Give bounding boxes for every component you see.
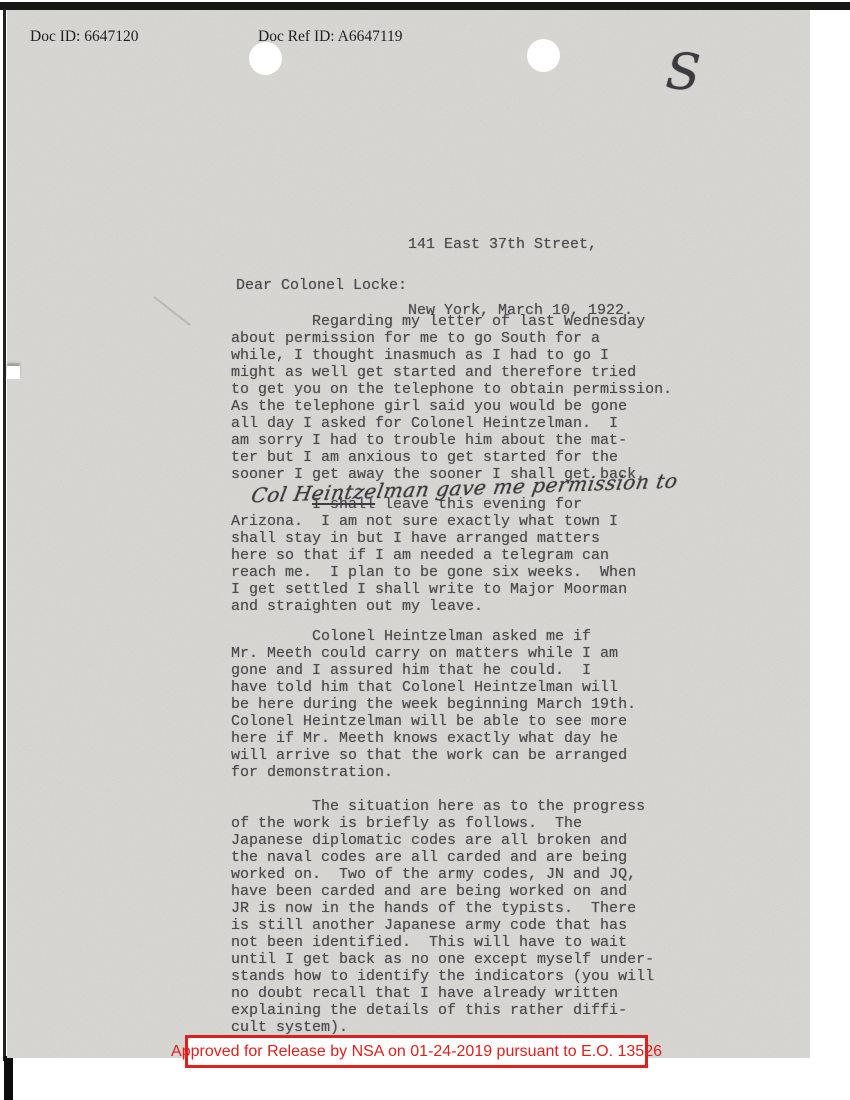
letter-line: Arizona. I am not sure exactly what town… <box>231 513 636 530</box>
letter-line: about permission for me to go South for … <box>231 330 672 347</box>
stamp-text: Approved for Release by NSA on 01-24-201… <box>171 1043 662 1061</box>
letter-line: here so that if I am needed a telegram c… <box>231 547 636 564</box>
letter-line: am sorry I had to trouble him about the … <box>231 432 672 449</box>
letter-line: be here during the week beginning March … <box>231 696 636 713</box>
letter-line: cult system). <box>231 1019 654 1036</box>
letter-line: the naval codes are all carded and are b… <box>231 849 654 866</box>
letter-line: not been identified. This will have to w… <box>231 934 654 951</box>
nsa-release-stamp: Approved for Release by NSA on 01-24-201… <box>185 1035 648 1068</box>
letter-salutation: Dear Colonel Locke: <box>236 277 407 294</box>
letter-line: explaining the details of this rather di… <box>231 1002 654 1019</box>
letter-line: gone and I assured him that he could. I <box>231 662 636 679</box>
punch-hole-right <box>527 39 560 72</box>
letter-paragraph-2: I shall leave this evening forArizona. I… <box>231 496 636 615</box>
doc-id-label: Doc ID: 6647120 <box>30 28 139 46</box>
letter-line: Colonel Heintzelman will be able to see … <box>231 713 636 730</box>
letter-line: will arrive so that the work can be arra… <box>231 747 636 764</box>
letter-line: have told him that Colonel Heintzelman w… <box>231 679 636 696</box>
letter-line: while, I thought inasmuch as I had to go… <box>231 347 672 364</box>
letter-line: ter but I am anxious to get started for … <box>231 449 672 466</box>
scan-edge-notch <box>7 366 20 379</box>
letter-line: The situation here as to the progress <box>231 798 654 815</box>
letter-line: of the work is briefly as follows. The <box>231 815 654 832</box>
letter-line: have been carded and are being worked on… <box>231 883 654 900</box>
letter-line: no doubt recall that I have already writ… <box>231 985 654 1002</box>
letter-line: Colonel Heintzelman asked me if <box>231 628 636 645</box>
document-page: Doc ID: 6647120 Doc Ref ID: A6647119 S 1… <box>7 10 810 1058</box>
letter-line: worked on. Two of the army codes, JN and… <box>231 866 654 883</box>
address-street-line: 141 East 37th Street, <box>408 234 633 256</box>
struck-text: I shall <box>312 496 375 513</box>
letter-line: is still another Japanese army code that… <box>231 917 654 934</box>
scan-left-border <box>3 9 6 1061</box>
letter-line: to get you on the telephone to obtain pe… <box>231 381 672 398</box>
letter-line: until I get back as no one except myself… <box>231 951 654 968</box>
letter-line: As the telephone girl said you would be … <box>231 398 672 415</box>
letter-line: all day I asked for Colonel Heintzelman.… <box>231 415 672 432</box>
letter-paragraph-4: The situation here as to the progressof … <box>231 798 654 1036</box>
letter-line: stands how to identify the indicators (y… <box>231 968 654 985</box>
letter-line: shall stay in but I have arranged matter… <box>231 530 636 547</box>
doc-ref-id-label: Doc Ref ID: A6647119 <box>258 28 403 46</box>
letter-line: I get settled I shall write to Major Moo… <box>231 581 636 598</box>
letter-line: Japanese diplomatic codes are all broken… <box>231 832 654 849</box>
handwritten-corner-mark: S <box>664 42 702 102</box>
letter-line: for demonstration. <box>231 764 636 781</box>
letter-paragraph-3: Colonel Heintzelman asked me ifMr. Meeth… <box>231 628 636 781</box>
letter-line: and straighten out my leave. <box>231 598 636 615</box>
letter-line: Mr. Meeth could carry on matters while I… <box>231 645 636 662</box>
scan-canvas: Doc ID: 6647120 Doc Ref ID: A6647119 S 1… <box>0 0 850 1100</box>
punch-hole-left <box>249 42 282 75</box>
letter-line: reach me. I plan to be gone six weeks. W… <box>231 564 636 581</box>
letter-line: JR is now in the hands of the typists. T… <box>231 900 654 917</box>
letter-paragraph-1: Regarding my letter of last Wednesdayabo… <box>231 313 672 483</box>
letter-line: Regarding my letter of last Wednesday <box>231 313 672 330</box>
letter-line: I shall leave this evening for <box>231 496 636 513</box>
scan-left-border-thick <box>4 1056 13 1100</box>
letter-line: here if Mr. Meeth knows exactly what day… <box>231 730 636 747</box>
letter-line: might as well get started and therefore … <box>231 364 672 381</box>
scan-artifact <box>153 296 190 326</box>
scan-top-border <box>0 2 850 10</box>
